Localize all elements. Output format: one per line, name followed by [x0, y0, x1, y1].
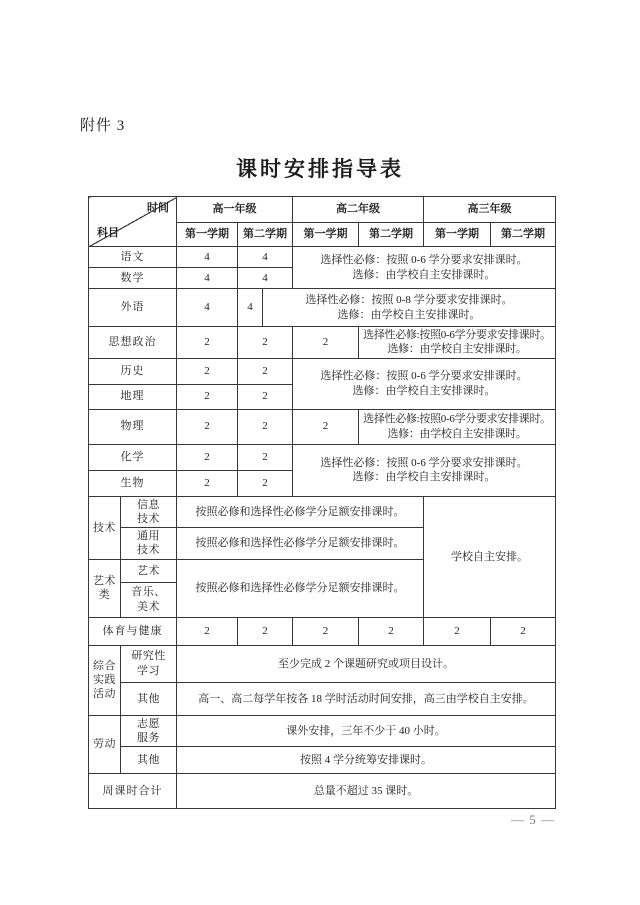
credit-value: 4 — [177, 268, 238, 289]
attachment-label: 附件 3 — [80, 114, 125, 135]
page-title: 课时安排指导表 — [0, 153, 640, 183]
credit-value: 2 — [359, 617, 424, 645]
sub-label-line: 志愿 — [123, 717, 174, 731]
row-weekly-total: 周课时合计 总量不超过 35 课时。 — [89, 774, 556, 809]
subject-label: 物理 — [89, 409, 177, 444]
credit-value: 2 — [293, 617, 359, 645]
credit-value: 4 — [238, 247, 293, 268]
credit-value: 2 — [177, 327, 238, 359]
schedule-table: 时间 科目 高一年级 高二年级 高三年级 第一学期 第二学期 第一学期 第二学期… — [88, 196, 556, 809]
group-label-line: 综合 — [91, 659, 118, 673]
row-practice-other: 其他 高一、高二每学年按各 18 学时活动时间安排，高三由学校自主安排。 — [89, 682, 556, 715]
corner-time-label: 时间 — [147, 201, 169, 215]
note-line: 选择性必修：按照 0-6 学分要求安排课时。 — [295, 253, 553, 267]
credit-value: 2 — [238, 470, 293, 496]
note-line: 选择性必修：按照 0-6 学分要求安排课时。 — [295, 456, 553, 470]
subject-label: 化学 — [89, 444, 177, 470]
credit-value: 4 — [177, 247, 238, 268]
credit-value: 2 — [238, 409, 293, 444]
credit-value: 2 — [177, 384, 238, 409]
note-info-tech: 按照必修和选择性必修学分足额安排课时。 — [177, 496, 424, 528]
subject-label: 外语 — [89, 289, 177, 327]
credit-value: 2 — [238, 444, 293, 470]
sub-label-music-fine-arts: 音乐、 美术 — [121, 582, 177, 617]
row-info-technology: 技术 信息 技术 按照必修和选择性必修学分足额安排课时。 学校自主安排。 — [89, 496, 556, 528]
sub-label-line: 音乐、 — [123, 585, 174, 599]
subject-label: 思想政治 — [89, 327, 177, 359]
note-chemistry-biology: 选择性必修：按照 0-6 学分要求安排课时。 选修：由学校自主安排课时。 — [293, 444, 556, 496]
semester-header: 第二学期 — [238, 223, 293, 247]
semester-header: 第一学期 — [293, 223, 359, 247]
row-pe-health: 体育与健康 2 2 2 2 2 2 — [89, 617, 556, 645]
sub-label-general-tech: 通用 技术 — [121, 528, 177, 560]
subject-label: 地理 — [89, 384, 177, 409]
note-line: 选择性必修:按照0-6学分要求安排课时。 — [361, 328, 553, 342]
page-number: — 5 — — [498, 812, 568, 828]
note-line: 选择性必修:按照0-6学分要求安排课时。 — [361, 412, 553, 426]
note-line: 选修：由学校自主安排课时。 — [295, 470, 553, 484]
sub-label-line: 服务 — [123, 731, 174, 745]
note-line: 选择性必修：按照 0-8 学分要求安排课时。 — [265, 293, 553, 307]
subject-label: 数学 — [89, 268, 177, 289]
semester-header: 第一学期 — [424, 223, 491, 247]
row-research-learning: 综合 实践 活动 研究性 学习 至少完成 2 个课题研究或项目设计。 — [89, 645, 556, 682]
credit-value: 2 — [177, 358, 238, 384]
sub-label-research: 研究性 学习 — [121, 645, 177, 682]
note-line: 选修：由学校自主安排课时。 — [361, 427, 553, 441]
row-labor-other: 其他 按照 4 学分统筹安排课时。 — [89, 747, 556, 774]
header-row-grades: 时间 科目 高一年级 高二年级 高三年级 — [89, 197, 556, 223]
sub-label-line: 研究性 — [123, 649, 174, 663]
group-label-arts: 艺术 类 — [89, 559, 121, 617]
credit-value: 2 — [177, 617, 238, 645]
note-line: 选修：由学校自主安排课时。 — [295, 268, 553, 282]
semester-header: 第二学期 — [491, 223, 556, 247]
row-chinese: 语文 4 4 选择性必修：按照 0-6 学分要求安排课时。 选修：由学校自主安排… — [89, 247, 556, 268]
note-line: 选择性必修：按照 0-6 学分要求安排课时。 — [295, 369, 553, 383]
credit-value: 2 — [238, 384, 293, 409]
note-line: 选修：由学校自主安排课时。 — [295, 384, 553, 398]
sub-label-line: 美术 — [123, 600, 174, 614]
subject-label: 生物 — [89, 470, 177, 496]
sub-label-volunteer: 志愿 服务 — [121, 715, 177, 747]
semester-header: 第一学期 — [177, 223, 238, 247]
row-volunteer-service: 劳动 志愿 服务 课外安排，三年不少于 40 小时。 — [89, 715, 556, 747]
semester-header: 第二学期 — [359, 223, 424, 247]
grade2-header: 高二年级 — [293, 197, 424, 223]
credit-value: 2 — [177, 409, 238, 444]
note-line: 选修：由学校自主安排课时。 — [361, 342, 553, 356]
note-volunteer: 课外安排，三年不少于 40 小时。 — [177, 715, 556, 747]
credit-value: 2 — [424, 617, 491, 645]
group-label-line: 活动 — [91, 687, 118, 701]
row-history: 历史 2 2 选择性必修：按照 0-6 学分要求安排课时。 选修：由学校自主安排… — [89, 358, 556, 384]
corner-subject-label: 科目 — [97, 226, 119, 240]
note-physics: 选择性必修:按照0-6学分要求安排课时。 选修：由学校自主安排课时。 — [359, 409, 556, 444]
note-line: 选修：由学校自主安排课时。 — [265, 308, 553, 322]
corner-cell: 时间 科目 — [89, 197, 177, 247]
weekly-total-label: 周课时合计 — [89, 774, 177, 809]
note-general-tech: 按照必修和选择性必修学分足额安排课时。 — [177, 528, 424, 560]
note-foreign: 选择性必修：按照 0-8 学分要求安排课时。 选修：由学校自主安排课时。 — [263, 289, 556, 327]
group-label-practice: 综合 实践 活动 — [89, 645, 121, 715]
group-label-line: 艺术 — [91, 574, 118, 588]
grade1-header: 高一年级 — [177, 197, 293, 223]
credit-value: 4 — [238, 289, 263, 327]
sub-label-labor-other: 其他 — [121, 747, 177, 774]
row-physics: 物理 2 2 2 选择性必修:按照0-6学分要求安排课时。 选修：由学校自主安排… — [89, 409, 556, 444]
row-politics: 思想政治 2 2 2 选择性必修:按照0-6学分要求安排课时。 选修：由学校自主… — [89, 327, 556, 359]
group-label-line: 类 — [91, 588, 118, 602]
subject-label: 语文 — [89, 247, 177, 268]
grade3-header: 高三年级 — [424, 197, 556, 223]
credit-value: 2 — [491, 617, 556, 645]
note-practice-other: 高一、高二每学年按各 18 学时活动时间安排，高三由学校自主安排。 — [177, 682, 556, 715]
subject-label: 历史 — [89, 358, 177, 384]
sub-label-line: 学习 — [123, 664, 174, 678]
document-page: 附件 3 课时安排指导表 时间 科目 高一年级 高二年级 高三年级 第一学期 第… — [0, 0, 640, 905]
subject-label: 体育与健康 — [89, 617, 177, 645]
group-label-technology: 技术 — [89, 496, 121, 559]
sub-label-line: 通用 — [123, 529, 174, 543]
credit-value: 2 — [238, 358, 293, 384]
credit-value: 2 — [177, 444, 238, 470]
sub-label-line: 技术 — [123, 512, 174, 526]
credit-value: 2 — [293, 327, 359, 359]
note-arts: 按照必修和选择性必修学分足额安排课时。 — [177, 559, 424, 617]
group-label-line: 实践 — [91, 673, 118, 687]
credit-value: 2 — [238, 617, 293, 645]
note-chinese-math: 选择性必修：按照 0-6 学分要求安排课时。 选修：由学校自主安排课时。 — [293, 247, 556, 289]
sub-label-practice-other: 其他 — [121, 682, 177, 715]
credit-value: 2 — [293, 409, 359, 444]
row-foreign-language: 外语 4 4 选择性必修：按照 0-8 学分要求安排课时。 选修：由学校自主安排… — [89, 289, 556, 327]
credit-value: 2 — [177, 470, 238, 496]
sub-label-info-tech: 信息 技术 — [121, 496, 177, 528]
row-chemistry: 化学 2 2 选择性必修：按照 0-6 学分要求安排课时。 选修：由学校自主安排… — [89, 444, 556, 470]
note-politics: 选择性必修:按照0-6学分要求安排课时。 选修：由学校自主安排课时。 — [359, 327, 556, 359]
sub-label-line: 信息 — [123, 498, 174, 512]
sub-label-line: 技术 — [123, 543, 174, 557]
credit-value: 4 — [177, 289, 238, 327]
note-school-arrange: 学校自主安排。 — [424, 496, 556, 617]
note-research: 至少完成 2 个课题研究或项目设计。 — [177, 645, 556, 682]
note-weekly-total: 总量不超过 35 课时。 — [177, 774, 556, 809]
note-history-geography: 选择性必修：按照 0-6 学分要求安排课时。 选修：由学校自主安排课时。 — [293, 358, 556, 409]
credit-value: 2 — [238, 327, 293, 359]
note-labor-other: 按照 4 学分统筹安排课时。 — [177, 747, 556, 774]
group-label-labor: 劳动 — [89, 715, 121, 774]
credit-value: 4 — [238, 268, 293, 289]
sub-label-art: 艺术 — [121, 559, 177, 582]
